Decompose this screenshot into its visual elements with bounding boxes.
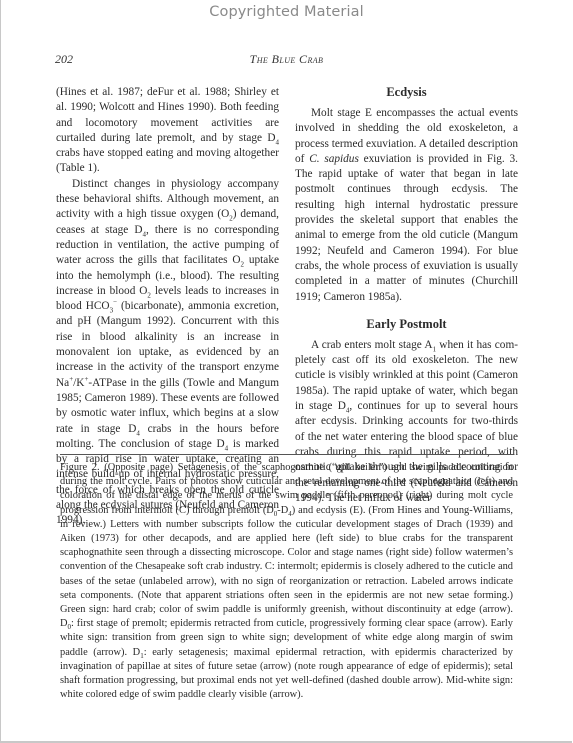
section-heading-ecdysis: Ecdysis (295, 84, 518, 100)
book-title: The Blue Crab (55, 52, 518, 67)
section-heading-early-postmolt: Early Postmolt (295, 316, 518, 332)
body-paragraph: Molt stage E encompasses the actual even… (295, 106, 518, 305)
right-column: Ecdysis Molt stage E encompasses the act… (295, 85, 518, 506)
body-paragraph: (Hines et al. 1987; deFur et al. 1988; S… (56, 85, 279, 177)
running-head: 202 The Blue Crab (55, 52, 518, 68)
figure-caption-text: Figure 2. (Opposite page) Setagenesis of… (60, 461, 513, 702)
caption-divider (60, 454, 513, 455)
copyright-banner: Copyrighted Material (0, 4, 573, 20)
figure-caption: Figure 2. (Opposite page) Setagenesis of… (60, 461, 513, 702)
